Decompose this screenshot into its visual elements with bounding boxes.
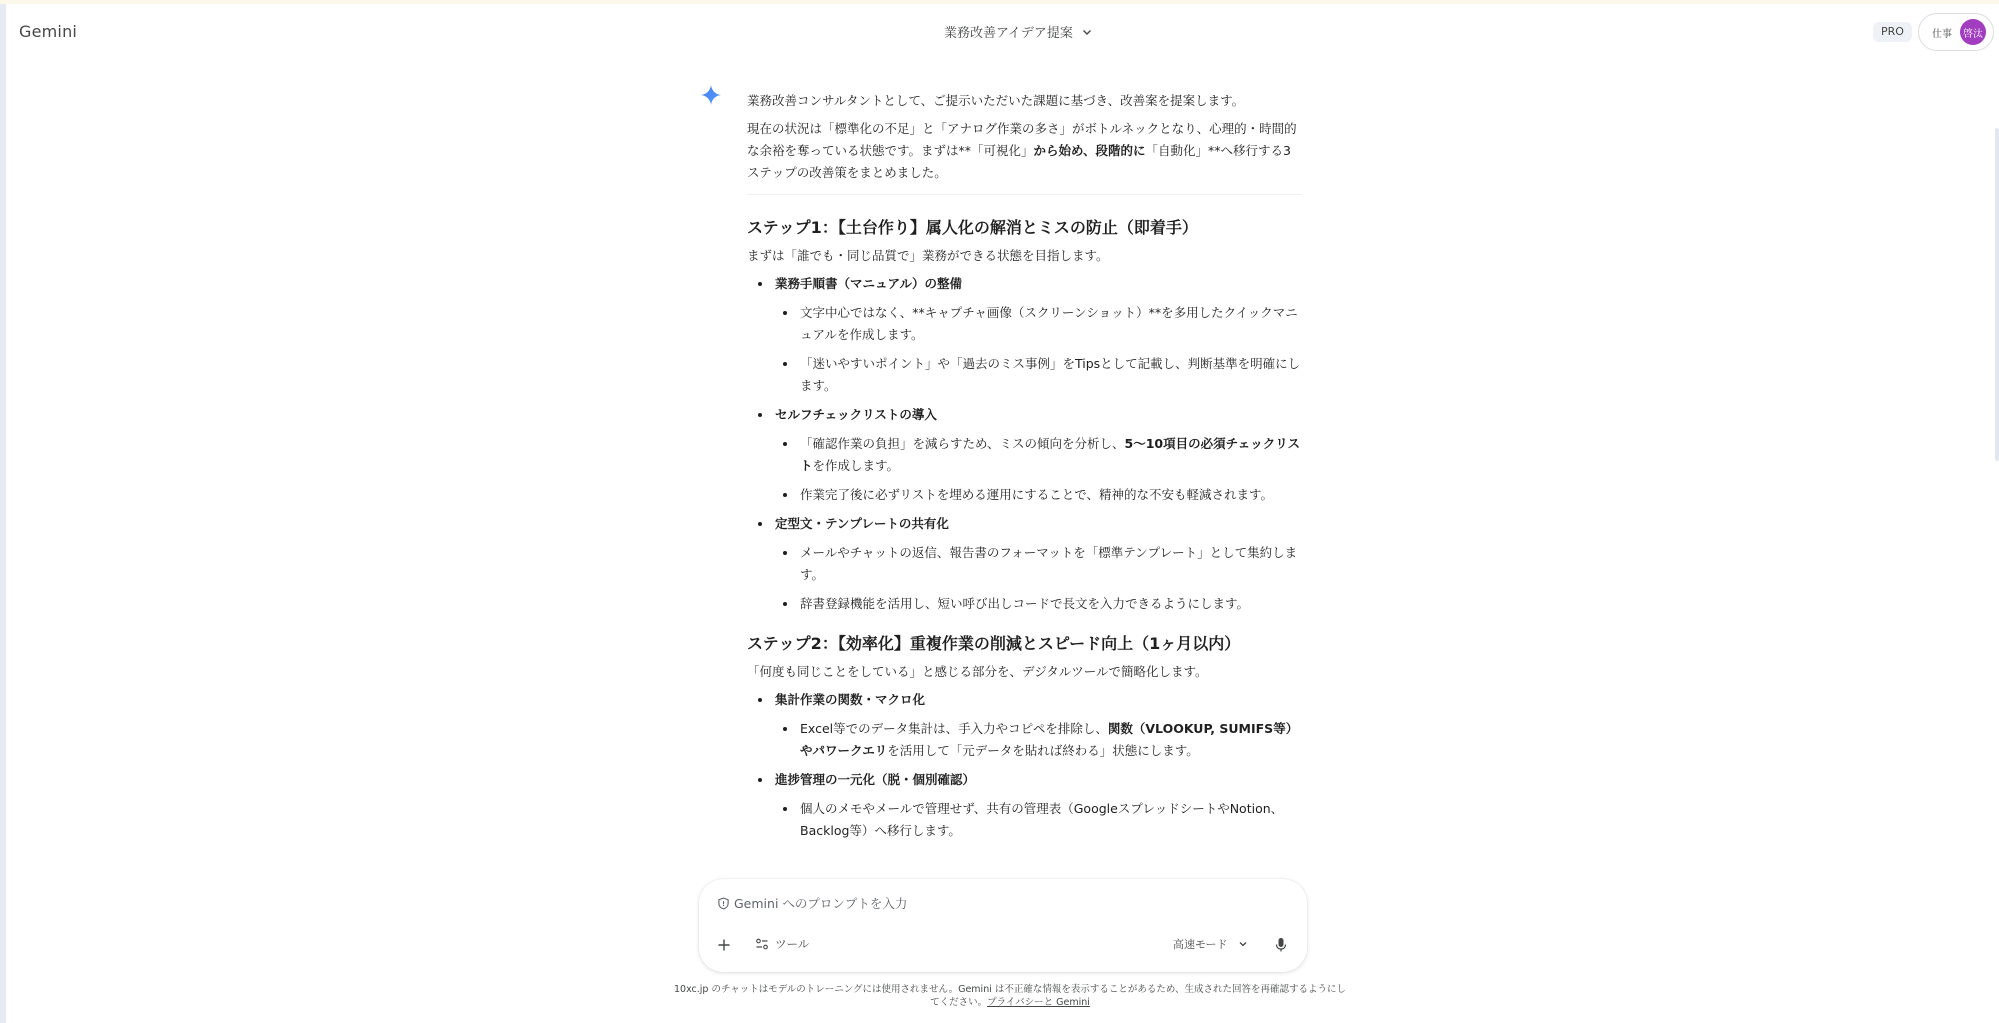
list-text: を作成します。 [813, 458, 900, 473]
response-summary: 現在の状況は「標準化の不足」と「アナログ作業の多さ」がボトルネックとなり、心理的… [747, 118, 1302, 184]
mode-selector[interactable]: 高速モード [1173, 936, 1248, 952]
list-item: 進捗管理の一元化（脱・個別確認） [747, 769, 1302, 791]
add-button[interactable] [715, 936, 733, 954]
list-item: 定型文・テンプレートの共有化 [747, 513, 1302, 535]
list-item: 「確認作業の負担」を減らすため、ミスの傾向を分析し、5〜10項目の必須チェックリ… [747, 433, 1302, 477]
pro-badge: PRO [1873, 22, 1912, 42]
list-item: Excel等でのデータ集計は、手入力やコピペを排除し、関数（VLOOKUP, S… [747, 718, 1302, 762]
prompt-input[interactable] [734, 896, 1234, 911]
list-text: 「確認作業の負担」を減らすため、ミスの傾向を分析し、 [800, 436, 1125, 451]
list-text: Excel等でのデータ集計は、手入力やコピペを排除し、 [800, 721, 1108, 736]
chevron-down-icon [1238, 939, 1248, 949]
scrollbar-thumb[interactable] [1995, 128, 1999, 461]
avatar[interactable]: 啓汰 [1960, 19, 1986, 45]
list-item: 文字中心ではなく、**キャプチャ画像（スクリーンショット）**を多用したクイック… [747, 302, 1302, 346]
tune-icon [755, 937, 769, 951]
response-intro: 業務改善コンサルタントとして、ご提示いただいた課題に基づき、改善案を提案します。 [747, 90, 1302, 112]
shield-icon [717, 897, 730, 910]
prompt-row[interactable] [717, 896, 1234, 911]
gemini-sparkle-icon [701, 85, 721, 105]
mode-label: 高速モード [1173, 936, 1228, 952]
summary-bold: から始め、段階的に [1034, 143, 1146, 158]
microphone-icon [1275, 937, 1287, 953]
chat-title-label: 業務改善アイデア提案 [944, 22, 1073, 41]
prompt-box: ツール 高速モード [699, 879, 1307, 972]
list-item: セルフチェックリストの導入 [747, 404, 1302, 426]
disclaimer: 10xc.jp のチャットはモデルのトレーニングには使用されません。Gemini… [670, 983, 1350, 1009]
list-item: メールやチャットの返信、報告書のフォーマットを「標準テンプレート」として集約しま… [747, 542, 1302, 586]
step2-lead: 「何度も同じことをしている」と感じる部分を、デジタルツールで簡略化します。 [747, 661, 1302, 683]
list-item: 業務手順書（マニュアル）の整備 [747, 273, 1302, 295]
step1-lead: まずは「誰でも・同じ品質で」業務ができる状態を目指します。 [747, 245, 1302, 267]
tools-label: ツール [775, 936, 809, 952]
privacy-link[interactable]: プライバシーと Gemini [987, 997, 1090, 1008]
tools-button[interactable]: ツール [755, 936, 809, 952]
chevron-down-icon [1081, 26, 1093, 38]
model-response: 業務改善コンサルタントとして、ご提示いただいた課題に基づき、改善案を提案します。… [747, 90, 1302, 849]
sidebar-rail[interactable] [0, 4, 6, 1023]
chat-title-dropdown[interactable]: 業務改善アイデア提案 [944, 22, 1093, 41]
account-switcher[interactable]: 仕事 啓汰 [1918, 13, 1994, 51]
app-title: Gemini [19, 22, 77, 41]
step1-heading: ステップ1：【土台作り】属人化の解消とミスの防止（即着手） [747, 215, 1302, 241]
step2-heading: ステップ2：【効率化】重複作業の削減とスピード向上（1ヶ月以内） [747, 631, 1302, 657]
workspace-label: 仕事 [1932, 25, 1952, 40]
microphone-button[interactable] [1272, 935, 1290, 955]
divider [747, 194, 1302, 195]
list-item: 集計作業の関数・マクロ化 [747, 689, 1302, 711]
top-banner-strip [0, 0, 1999, 4]
list-item: 「迷いやすいポイント」や「過去のミス事例」をTipsとして記載し、判断基準を明確… [747, 353, 1302, 397]
list-item: 辞書登録機能を活用し、短い呼び出しコードで長文を入力できるようにします。 [747, 593, 1302, 615]
list-text: を活用して「元データを貼れば終わる」状態にします。 [887, 743, 1199, 758]
plus-icon [717, 938, 731, 952]
list-item: 個人のメモやメールで管理せず、共有の管理表（GoogleスプレッドシートやNot… [747, 798, 1302, 842]
list-item: 作業完了後に必ずリストを埋める運用にすることで、精神的な不安も軽減されます。 [747, 484, 1302, 506]
